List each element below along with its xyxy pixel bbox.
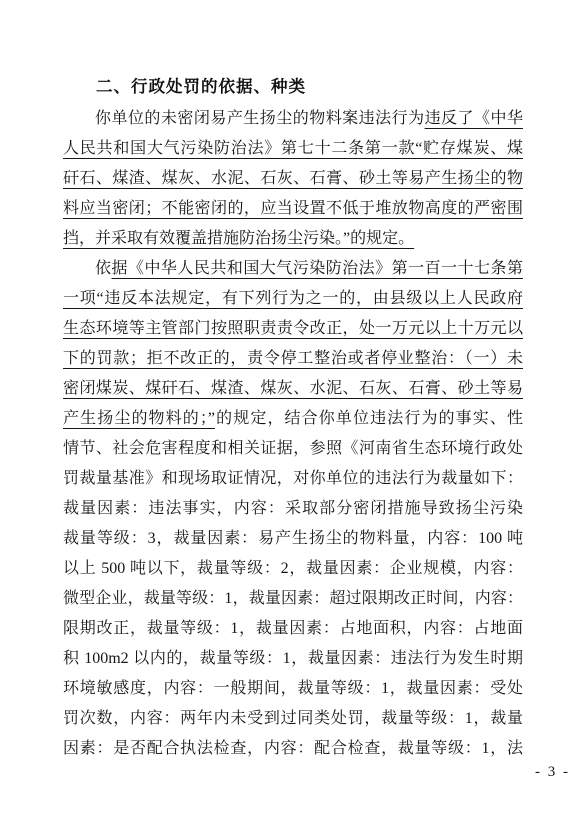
body-text: 罚次数，内容：两年内未受到过同类处罚，裁量等级：1，裁量 [63, 710, 523, 727]
text-line: 积 100m2 以内的，裁量等级：1，裁量因素：违法行为发生时期 [63, 644, 523, 674]
body-text: 你单位的未密闭易产生扬尘的物料案违法行为 [95, 110, 425, 127]
document-page: 二、行政处罚的依据、种类 你单位的未密闭易产生扬尘的物料案违法行为违反了《中华 … [0, 0, 586, 828]
text-line: 微型企业，裁量等级：1，裁量因素：超过限期改正时间，内容： [63, 584, 523, 614]
text-line: 环境敏感度，内容：一般期间，裁量等级：1，裁量因素：受处 [63, 674, 523, 704]
body-text: 依 [95, 260, 111, 277]
text-line: 裁量等级：3，裁量因素：易产生扬尘的物料量，内容：100 吨 [63, 524, 523, 554]
body-text: 裁量因素：违法事实，内容：采取部分密闭措施导致扬尘污染的， [63, 500, 523, 524]
text-line: 裁量因素：违法事实，内容：采取部分密闭措施导致扬尘污染的， [63, 494, 523, 524]
text-line: 情节、社会危害程度和相关证据，参照《河南省生态环境行政处 [63, 434, 523, 464]
document-content: 二、行政处罚的依据、种类 你单位的未密闭易产生扬尘的物料案违法行为违反了《中华 … [63, 72, 523, 764]
underlined-citation: 生态环境等主管部门按照职责责令改正，处一万元以上十万元以 [63, 320, 523, 337]
text-line: 生态环境等主管部门按照职责责令改正，处一万元以上十万元以 [63, 314, 523, 344]
body-text: 因素：是否配合执法检查，内容：配合检查，裁量等级：1，法 [63, 740, 523, 757]
text-line: 人民共和国大气污染防治法》第七十二条第一款“贮存煤炭、煤 [63, 134, 523, 164]
text-line: 你单位的未密闭易产生扬尘的物料案违法行为违反了《中华 [63, 104, 523, 134]
text-line: 因素：是否配合执法检查，内容：配合检查，裁量等级：1，法 [63, 734, 523, 764]
text-line: 限期改正，裁量等级：1，裁量因素：占地面积，内容：占地面 [63, 614, 523, 644]
underlined-citation: 密闭煤炭、煤矸石、煤渣、煤灰、水泥、石灰、石膏、砂土等易 [63, 380, 523, 397]
page-number: - 3 - [535, 764, 570, 781]
underlined-citation: 产生扬尘的物料的；” [63, 410, 215, 427]
body-text: 情节、社会危害程度和相关证据，参照《河南省生态环境行政处 [63, 440, 523, 457]
text-line: 一项“违反本法规定，有下列行为之一的，由县级以上人民政府 [63, 284, 523, 314]
body-text: 裁量等级：3，裁量因素：易产生扬尘的物料量，内容：100 吨 [63, 530, 523, 547]
text-line: 以上 500 吨以下，裁量等级：2，裁量因素：企业规模，内容： [63, 554, 523, 584]
underlined-citation: 下的罚款；拒不改正的，责令停工整治或者停业整治：（一）未 [63, 350, 523, 367]
body-text: 环境敏感度，内容：一般期间，裁量等级：1，裁量因素：受处 [63, 680, 523, 697]
body-text: 罚裁量基准》和现场取证情况，对你单位的违法行为裁量如下： [63, 470, 523, 487]
text-line: 挡，并采取有效覆盖措施防治扬尘污染。”的规定。 [63, 224, 523, 254]
underlined-citation: 挡，并采取有效覆盖措施防治扬尘污染。”的规定。 [63, 230, 414, 247]
paragraph-penalty-discretion: 依据《中华人民共和国大气污染防治法》第一百一十七条第 一项“违反本法规定，有下列… [63, 254, 523, 764]
underlined-citation: 料应当密闭；不能密闭的，应当设置不低于堆放物高度的严密围 [63, 200, 523, 217]
text-line: 罚裁量基准》和现场取证情况，对你单位的违法行为裁量如下： [63, 464, 523, 494]
text-line: 下的罚款；拒不改正的，责令停工整治或者停业整治：（一）未 [63, 344, 523, 374]
text-line: 密闭煤炭、煤矸石、煤渣、煤灰、水泥、石灰、石膏、砂土等易 [63, 374, 523, 404]
underlined-citation: 据《中华人民共和国大气污染防治法》第一百一十七条第 [111, 260, 523, 277]
body-text: 以上 500 吨以下，裁量等级：2，裁量因素：企业规模，内容： [63, 560, 523, 577]
text-line: 依据《中华人民共和国大气污染防治法》第一百一十七条第 [63, 254, 523, 284]
paragraph-violation-basis: 你单位的未密闭易产生扬尘的物料案违法行为违反了《中华 人民共和国大气污染防治法》… [63, 104, 523, 254]
text-line: 矸石、煤渣、煤灰、水泥、石灰、石膏、砂土等易产生扬尘的物 [63, 164, 523, 194]
text-line: 罚次数，内容：两年内未受到过同类处罚，裁量等级：1，裁量 [63, 704, 523, 734]
body-text: 积 100m2 以内的，裁量等级：1，裁量因素：违法行为发生时期 [63, 650, 523, 667]
underlined-citation: 矸石、煤渣、煤灰、水泥、石灰、石膏、砂土等易产生扬尘的物 [63, 170, 523, 187]
underlined-citation: 人民共和国大气污染防治法》第七十二条第一款“贮存煤炭、煤 [63, 140, 523, 157]
underlined-citation: 一项“违反本法规定，有下列行为之一的，由县级以上人民政府 [63, 290, 523, 307]
text-line: 料应当密闭；不能密闭的，应当设置不低于堆放物高度的严密围 [63, 194, 523, 224]
underlined-citation: 违反了《中华 [425, 110, 523, 127]
body-text: 微型企业，裁量等级：1，裁量因素：超过限期改正时间，内容： [63, 590, 523, 607]
body-text: 限期改正，裁量等级：1，裁量因素：占地面积，内容：占地面 [63, 620, 523, 637]
text-line: 产生扬尘的物料的；”的规定，结合你单位违法行为的事实、性质、 [63, 404, 523, 434]
section-heading: 二、行政处罚的依据、种类 [63, 72, 523, 104]
